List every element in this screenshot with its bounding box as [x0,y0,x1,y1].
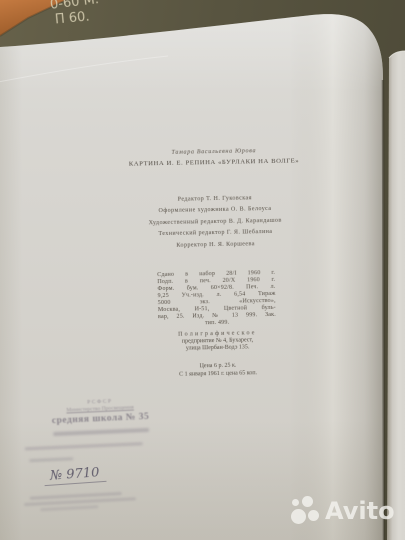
credit-line: Технический редактор Г. Я. Шебалина [99,228,331,238]
next-page-edge [387,51,405,540]
chalk-mark-bottom: П 60. [54,10,90,28]
avito-logo-icon [291,496,322,527]
credit-line: Оформление художника О. В. Белоуса [99,205,331,215]
printer-line: улица Шербан-Водэ 135. [153,343,283,352]
library-stamp: РСФСР Министерство Просвещения средняя ш… [21,396,181,463]
imprint-block: Сдано в набор 28/I 1960 г. Подп. в печ. … [157,269,276,327]
credit-line: Художественный редактор В. Д. Карандашов [99,217,331,227]
logo-circle [302,496,313,507]
book-title: КАРТИНА И. Е. РЕПИНА «БУРЛАКИ НА ВОЛГЕ» [98,157,330,168]
colophon-text-block: Тамара Васильевна Юрова КАРТИНА И. Е. РЕ… [98,147,334,380]
credit-line: Корректор Н. Я. Коршеева [100,239,332,249]
page-gap-shadow [383,80,384,540]
avito-listing-photo: 0-60 М. П 60. Тамара Васильевна Юрова КА… [0,0,405,540]
avito-watermark-label: Avito [325,496,395,527]
printer-block: Полиграфическое предприятие № 4, Бухарес… [152,329,282,352]
logo-circle [308,510,319,521]
credit-line: Редактор Т. Н. Гуковская [99,194,331,204]
logo-circle [292,499,299,506]
illegible-stamp-line [53,428,149,436]
credits-block: Редактор Т. Н. Гуковская Оформление худо… [99,194,332,250]
avito-watermark: Avito [291,496,395,527]
logo-circle [291,509,306,524]
illegible-stamp-line [25,442,143,451]
